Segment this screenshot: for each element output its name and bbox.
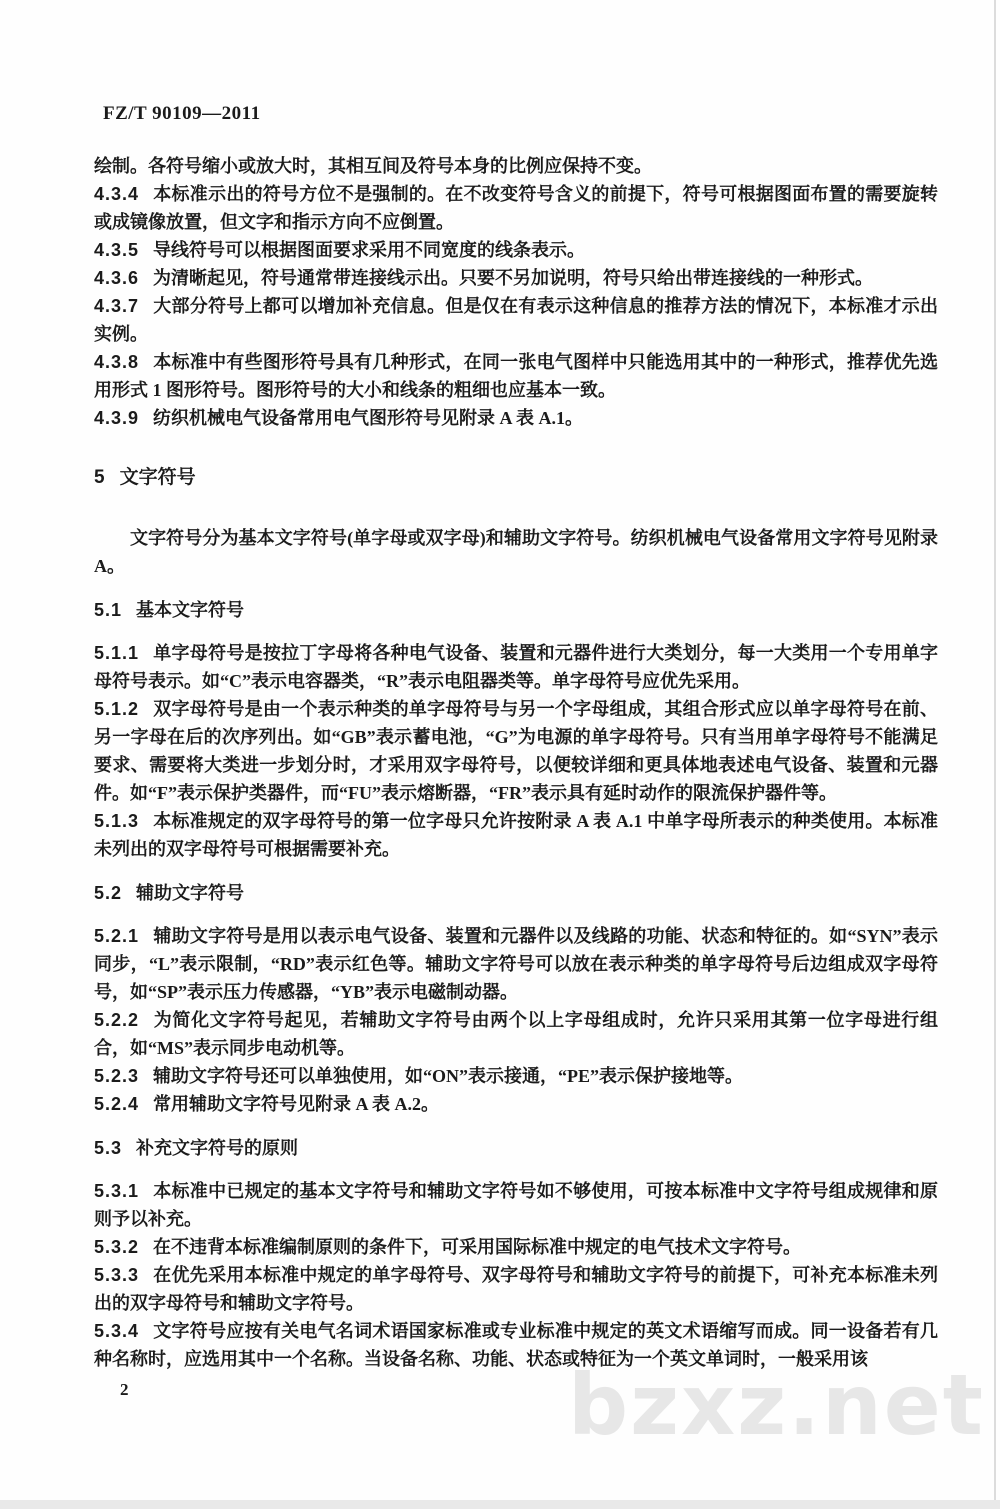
clause-paragraph: 4.3.5导线符号可以根据图面要求采用不同宽度的线条表示。 (94, 236, 938, 264)
page-number: 2 (120, 1380, 129, 1400)
clause-text: 文字符号应按有关电气名词术语国家标准或专业标准中规定的英文术语缩写而成。同一设备… (94, 1321, 938, 1369)
clause-text: 为简化文字符号起见，若辅助文字符号由两个以上字母组成时，允许只采用其第一位字母进… (94, 1010, 938, 1058)
scan-edge-line (994, 0, 996, 1509)
clause-number: 4.3.4 (94, 184, 139, 204)
clause-text: 辅助文字符号还可以单独使用，如“ON”表示接通，“PE”表示保护接地等。 (153, 1066, 743, 1086)
clause-number: 5 (94, 467, 106, 488)
clause-text: 纺织机械电气设备常用电气图形符号见附录 A 表 A.1。 (153, 408, 583, 428)
clause-number: 4.3.6 (94, 268, 139, 288)
clause-text: 本标准中已规定的基本文字符号和辅助文字符号如不够使用，可按本标准中文字符号组成规… (94, 1181, 938, 1229)
clause-paragraph: 5.3.4文字符号应按有关电气名词术语国家标准或专业标准中规定的英文术语缩写而成… (94, 1317, 938, 1373)
document-page: FZ/T 90109—2011 绘制。各符号缩小或放大时，其相互间及符号本身的比… (0, 0, 1000, 1509)
clause-text: 辅助文字符号 (136, 883, 244, 903)
clause-text: 本标准规定的双字母符号的第一位字母只允许按附录 A 表 A.1 中单字母所表示的… (94, 811, 938, 859)
clause-number: 5.2.1 (94, 926, 139, 946)
clause-text: 常用辅助文字符号见附录 A 表 A.2。 (153, 1094, 439, 1114)
clause-paragraph: 绘制。各符号缩小或放大时，其相互间及符号本身的比例应保持不变。 (94, 152, 938, 180)
clause-text: 为清晰起见，符号通常带连接线示出。只要不另加说明，符号只给出带连接线的一种形式。 (153, 268, 873, 288)
clause-paragraph: 5.1.1单字母符号是按拉丁字母将各种电气设备、装置和元器件进行大类划分，每一大… (94, 639, 938, 695)
clause-paragraph: 5.3.2在不违背本标准编制原则的条件下，可采用国际标准中规定的电气技术文字符号… (94, 1233, 938, 1261)
clause-paragraph: 4.3.6为清晰起见，符号通常带连接线示出。只要不另加说明，符号只给出带连接线的… (94, 264, 938, 292)
clause-number: 5.3.4 (94, 1321, 139, 1341)
clause-text: 基本文字符号 (136, 600, 244, 620)
clause-text: 文字符号分为基本文字符号(单字母或双字母)和辅助文字符号。纺织机械电气设备常用文… (94, 528, 938, 576)
clause-paragraph: 4.3.7大部分符号上都可以增加补充信息。但是仅在有表示这种信息的推荐方法的情况… (94, 292, 938, 348)
clause-text: 在优先采用本标准中规定的单字母符号、双字母符号和辅助文字符号的前提下，可补充本标… (94, 1265, 938, 1313)
clause-number: 5.3.2 (94, 1237, 139, 1257)
clause-text: 绘制。各符号缩小或放大时，其相互间及符号本身的比例应保持不变。 (94, 156, 652, 176)
clause-paragraph: 5.1.2双字母符号是由一个表示种类的单字母符号与另一个字母组成，其组合形式应以… (94, 695, 938, 807)
section-heading: 5文字符号 (94, 464, 938, 492)
clause-text: 本标准中有些图形符号具有几种形式，在同一张电气图样中只能选用其中的一种形式，推荐… (94, 352, 938, 400)
clause-text: 文字符号 (120, 467, 196, 488)
clause-paragraph: 文字符号分为基本文字符号(单字母或双字母)和辅助文字符号。纺织机械电气设备常用文… (94, 524, 938, 580)
clause-number: 5.1.2 (94, 699, 139, 719)
clause-text: 大部分符号上都可以增加补充信息。但是仅在有表示这种信息的推荐方法的情况下，本标准… (94, 296, 938, 344)
clause-number: 4.3.5 (94, 240, 139, 260)
clause-paragraph: 5.2.4常用辅助文字符号见附录 A 表 A.2。 (94, 1090, 938, 1118)
clause-number: 4.3.7 (94, 296, 139, 316)
clause-text: 单字母符号是按拉丁字母将各种电气设备、装置和元器件进行大类划分，每一大类用一个专… (94, 643, 938, 691)
clause-paragraph: 5.3.1本标准中已规定的基本文字符号和辅助文字符号如不够使用，可按本标准中文字… (94, 1177, 938, 1233)
clause-paragraph: 5.2.2为简化文字符号起见，若辅助文字符号由两个以上字母组成时，允许只采用其第… (94, 1006, 938, 1062)
clause-number: 5.3.3 (94, 1265, 139, 1285)
document-body: 绘制。各符号缩小或放大时，其相互间及符号本身的比例应保持不变。4.3.4本标准示… (94, 152, 938, 1373)
watermark-text: bzxz.net (568, 1363, 985, 1447)
section-heading: 5.1基本文字符号 (94, 596, 938, 624)
clause-number: 5.3 (94, 1138, 122, 1158)
clause-text: 本标准示出的符号方位不是强制的。在不改变符号含义的前提下，符号可根据图面布置的需… (94, 184, 938, 232)
clause-number: 5.1.3 (94, 811, 139, 831)
clause-text: 双字母符号是由一个表示种类的单字母符号与另一个字母组成，其组合形式应以单字母符号… (94, 699, 938, 803)
section-heading: 5.2辅助文字符号 (94, 879, 938, 907)
clause-text: 在不违背本标准编制原则的条件下，可采用国际标准中规定的电气技术文字符号。 (153, 1237, 801, 1257)
clause-number: 4.3.8 (94, 352, 139, 372)
clause-text: 导线符号可以根据图面要求采用不同宽度的线条表示。 (153, 240, 585, 260)
clause-number: 5.2.3 (94, 1066, 139, 1086)
clause-paragraph: 5.2.1辅助文字符号是用以表示电气设备、装置和元器件以及线路的功能、状态和特征… (94, 922, 938, 1006)
clause-number: 4.3.9 (94, 408, 139, 428)
clause-text: 辅助文字符号是用以表示电气设备、装置和元器件以及线路的功能、状态和特征的。如“S… (94, 926, 938, 1002)
clause-text: 补充文字符号的原则 (136, 1138, 298, 1158)
clause-paragraph: 5.3.3在优先采用本标准中规定的单字母符号、双字母符号和辅助文字符号的前提下，… (94, 1261, 938, 1317)
standard-code: FZ/T 90109—2011 (103, 103, 261, 125)
clause-number: 5.2.2 (94, 1010, 139, 1030)
clause-number: 5.2 (94, 883, 122, 903)
clause-paragraph: 4.3.4本标准示出的符号方位不是强制的。在不改变符号含义的前提下，符号可根据图… (94, 180, 938, 236)
section-heading: 5.3补充文字符号的原则 (94, 1134, 938, 1162)
clause-paragraph: 4.3.9纺织机械电气设备常用电气图形符号见附录 A 表 A.1。 (94, 404, 938, 432)
clause-number: 5.3.1 (94, 1181, 139, 1201)
scan-bottom-strip (0, 1500, 1000, 1509)
clause-number: 5.1 (94, 600, 122, 620)
clause-paragraph: 4.3.8本标准中有些图形符号具有几种形式，在同一张电气图样中只能选用其中的一种… (94, 348, 938, 404)
clause-number: 5.1.1 (94, 643, 139, 663)
clause-paragraph: 5.1.3本标准规定的双字母符号的第一位字母只允许按附录 A 表 A.1 中单字… (94, 807, 938, 863)
clause-paragraph: 5.2.3辅助文字符号还可以单独使用，如“ON”表示接通，“PE”表示保护接地等… (94, 1062, 938, 1090)
clause-number: 5.2.4 (94, 1094, 139, 1114)
